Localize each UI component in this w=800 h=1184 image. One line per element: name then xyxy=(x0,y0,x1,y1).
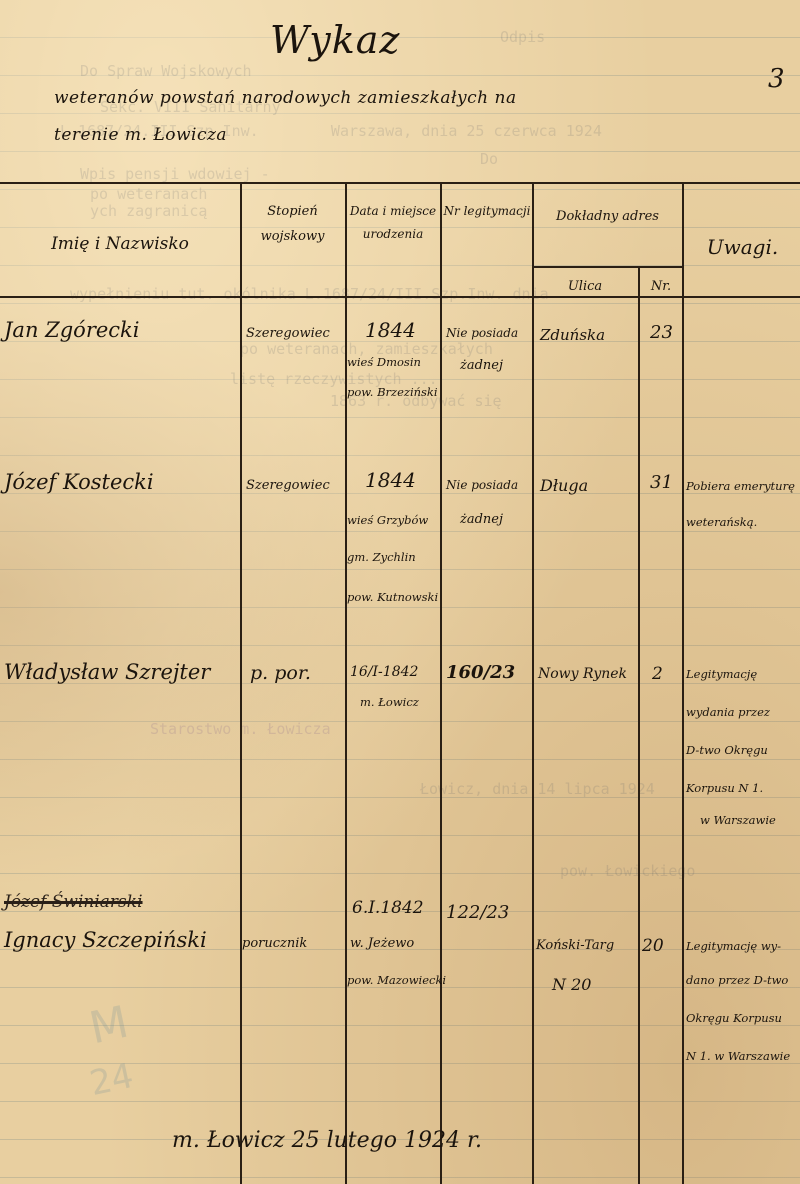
document-subtitle: terenie m. Łowicza xyxy=(54,125,227,145)
bleed-through-text: Wpis pensji wdowiej - xyxy=(80,165,270,183)
row-birth-place: pow. Mazowiecki xyxy=(347,968,446,993)
row-remarks: dano przez D-two xyxy=(686,972,788,988)
row-birth-date: 6.I.1842 xyxy=(352,898,424,918)
bleed-through-text: po weteranach xyxy=(90,185,207,203)
row-birth-date: 1844 xyxy=(365,318,416,342)
row-street: Zduńska xyxy=(540,326,605,344)
header-birth: Data i miejsce urodzenia xyxy=(348,200,438,246)
row-street: Długa xyxy=(540,476,588,495)
header-name: Imię i Nazwisko xyxy=(0,228,240,260)
row-street: Nowy Rynek xyxy=(538,666,627,683)
row-birth-place: gm. Zychlin xyxy=(347,545,416,570)
bleed-through-text: ych zagranicą xyxy=(90,202,207,220)
header-address: Dokładny adres xyxy=(535,205,680,230)
document-subtitle: weteranów powstań narodowych zamieszkały… xyxy=(54,88,517,108)
column-divider xyxy=(532,182,534,1184)
row-birth-date: 1844 xyxy=(365,468,416,492)
blue-pencil-mark: M xyxy=(85,997,133,1055)
row-id-no: 122/23 xyxy=(446,902,509,924)
table-top-rule xyxy=(0,182,800,184)
row-remarks: Korpusu N 1. xyxy=(686,780,763,796)
row-name: Władysław Szrejter xyxy=(4,660,210,685)
row-id-no: Nie posiada xyxy=(446,478,518,492)
row-birth-place: wieś Grzybów xyxy=(347,508,428,533)
row-street: Koński-Targ xyxy=(536,938,614,954)
bleed-through-text: wypełnieniu tut. okólnika L.1687/24/III.… xyxy=(70,285,549,303)
row-rank: p. por. xyxy=(250,662,311,685)
row-id-no: żadnej xyxy=(460,358,503,374)
row-house-no: 2 xyxy=(652,664,663,684)
bleed-through-text: Do xyxy=(480,150,498,168)
document-footer-date: m. Łowicz 25 lutego 1924 r. xyxy=(172,1128,482,1153)
row-name-struck-out: Józef Świniarski xyxy=(4,892,143,912)
row-birth-place: pow. Kutnowski xyxy=(347,585,438,610)
row-name: Jan Zgórecki xyxy=(4,318,140,343)
bleed-through-text: pow. Łowickiego xyxy=(560,862,695,880)
header-house-no: Nr. xyxy=(640,275,682,300)
row-id-no: Nie posiada xyxy=(446,326,518,340)
column-divider xyxy=(345,182,347,1184)
row-remarks: N 1. w Warszawie xyxy=(686,1048,790,1064)
row-name: Józef Kostecki xyxy=(4,470,154,495)
row-birth-place: m. Łowicz xyxy=(360,690,419,715)
row-birth-place: wieś Dmosin xyxy=(347,350,421,375)
bleed-through-text: Odpis xyxy=(500,28,545,46)
row-remarks: Pobiera emeryturę xyxy=(686,478,795,494)
column-divider xyxy=(240,182,242,1184)
row-id-no: 160/23 xyxy=(446,662,515,684)
column-divider xyxy=(682,182,684,1184)
row-birth-place: w. Jeżewo xyxy=(350,930,414,959)
row-house-no: 31 xyxy=(650,472,673,494)
row-rank: Szeregowiec xyxy=(246,326,330,342)
page-number: 3 xyxy=(768,64,785,94)
row-birth-place: pow. Brzeziński xyxy=(347,380,438,405)
address-subheader-rule xyxy=(532,266,682,268)
column-divider xyxy=(638,266,640,1184)
row-remarks: D-two Okręgu xyxy=(686,742,768,758)
row-rank: Szeregowiec xyxy=(246,478,330,494)
column-divider xyxy=(440,182,442,1184)
row-house-no: 20 xyxy=(642,936,664,956)
header-remarks: Uwagi. xyxy=(685,228,800,266)
row-remarks: w Warszawie xyxy=(700,812,776,828)
row-rank: porucznik xyxy=(242,936,307,952)
row-name: Ignacy Szczepiński xyxy=(4,928,207,953)
row-street-extra: N 20 xyxy=(552,975,591,994)
row-remarks: wydania przez xyxy=(686,704,770,720)
row-house-no: 23 xyxy=(650,322,673,344)
document-title: Wykaz xyxy=(270,18,400,62)
header-rank: Stopień wojskowy xyxy=(245,200,340,249)
blue-pencil-mark: 24 xyxy=(86,1056,137,1104)
bleed-through-text: Do Spraw Wojskowych xyxy=(80,62,252,80)
row-birth-date: 16/I-1842 xyxy=(350,664,418,681)
header-id-no: Nr legitymacji xyxy=(443,200,531,223)
row-remarks: Okręgu Korpusu xyxy=(686,1010,782,1026)
row-remarks: weterańską. xyxy=(686,514,757,530)
row-id-no: żadnej xyxy=(460,512,503,528)
row-remarks: Legitymację xyxy=(686,666,757,682)
header-street: Ulica xyxy=(535,275,635,300)
bleed-through-text: Łowicz, dnia 14 lipca 1924 xyxy=(420,780,655,798)
row-remarks: Legitymację wy- xyxy=(686,938,781,954)
